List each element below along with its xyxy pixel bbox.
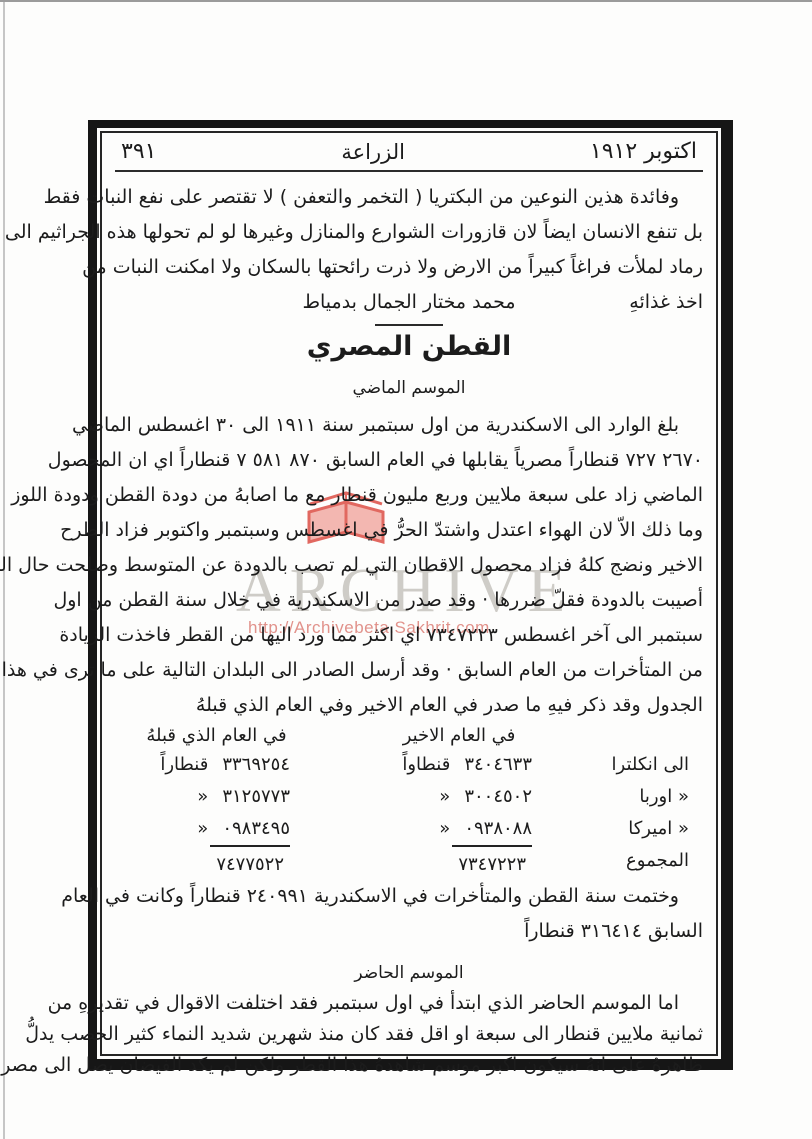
page-border-frame: اكتوبر ١٩١٢ الزراعة ٣٩١ وفائدة هذين النو… <box>88 120 733 1070</box>
total-label: المجموع <box>588 845 703 881</box>
cotton-exports-table: في العام الاخير في العام الذي قبلهُ الى … <box>115 723 703 877</box>
present-season-paragraph: اما الموسم الحاضر الذي ابتدأ في اول سبتم… <box>115 988 703 1081</box>
intro-line: وفائدة هذين النوعين من البكتريا ( التخمر… <box>115 180 703 215</box>
header-section-title: الزراعة <box>341 138 405 166</box>
destination-label: « اوربا <box>588 781 703 813</box>
ditto-mark: « <box>197 813 208 845</box>
past-season-line: الاخير ونضج كلهُ فزاد محصول الاقطان التي… <box>115 548 703 583</box>
present-season-subtitle: الموسم الحاضر <box>115 962 703 984</box>
prev-year-value: ٠٩٨٣٤٩٥ « <box>103 813 330 845</box>
past-season-line: من المتأخرات من العام السابق · وقد أرسل … <box>115 653 703 688</box>
unit-label: قنطاراً <box>160 749 208 781</box>
last-year-value: ٣٤٠٤٦٣٣ قنطاواً <box>330 749 588 781</box>
past-season-subtitle: الموسم الماضي <box>115 377 703 399</box>
qantar-amount: ٣١٢٥٧٧٣ <box>222 781 290 813</box>
destination-label: « اميركا <box>588 813 703 845</box>
qantar-amount: ٠٩٣٨٠٨٨ <box>464 813 532 845</box>
table-row: « اوربا ٣٠٠٤٥٠٢ « ٣١٢٥٧٧٣ « <box>115 781 703 813</box>
qantar-amount: ٧٣٤٧٢٢٣ <box>452 845 532 881</box>
closing-line: السابق ٣١٦٤١٤ قنطاراً <box>115 914 703 949</box>
ditto-mark: « <box>439 781 450 813</box>
past-season-line: بلغ الوارد الى الاسكندرية من اول سبتمبر … <box>115 408 703 443</box>
prev-year-value: ٣١٢٥٧٧٣ « <box>103 781 330 813</box>
qantar-amount: ٣٠٠٤٥٠٢ <box>464 781 532 813</box>
past-season-line: سبتمبر الى آخر اغسطس ٧٣٤٧٢٢٣ اي اكثر مما… <box>115 618 703 653</box>
col-header-prev-year: في العام الذي قبلهُ <box>103 723 330 749</box>
qantar-amount: ٠٩٨٣٤٩٥ <box>222 813 290 845</box>
ditto-mark: « <box>439 813 450 845</box>
past-season-line: الجدول وقد ذكر فيهِ ما صدر في العام الاخ… <box>115 688 703 723</box>
table-row: الى انكلترا ٣٤٠٤٦٣٣ قنطاواً ٣٣٦٩٢٥٤ قنطا… <box>115 749 703 781</box>
page-number: ٣٩١ <box>121 138 156 166</box>
total-last-year: ٧٣٤٧٢٢٣ <box>330 845 588 881</box>
present-season-line: ظاهرهُ على انهُ سيكون اكبر موسم شاهدهُ ه… <box>115 1050 703 1081</box>
past-season-line: الماضي زاد على سبعة ملايين وربع مليون قن… <box>115 478 703 513</box>
present-season-line: اما الموسم الحاضر الذي ابتدأ في اول سبتم… <box>115 988 703 1019</box>
col-header-last-year: في العام الاخير <box>330 723 588 749</box>
total-prev-year: ٧٤٧٧٥٢٢ <box>103 845 330 881</box>
season-closing-paragraph: وختمت سنة القطن والمتأخرات في الاسكندرية… <box>115 879 703 949</box>
qantar-amount: ٣٤٠٤٦٣٣ <box>464 749 532 781</box>
section-divider <box>375 324 443 326</box>
ditto-mark: « <box>197 781 208 813</box>
qantar-amount: ٧٤٧٧٥٢٢ <box>210 845 290 881</box>
article-title: القطن المصري <box>115 330 703 364</box>
intro-last-line: اخذ غذائهِ محمد مختار الجمال بدمياط <box>115 285 703 320</box>
last-year-value: ٣٠٠٤٥٠٢ « <box>330 781 588 813</box>
intro-line: بل تنفع الانسان ايضاً لان قازورات الشوار… <box>115 215 703 250</box>
prev-year-value: ٣٣٦٩٢٥٤ قنطاراً <box>103 749 330 781</box>
scan-edge-top <box>0 0 812 2</box>
author-signature: محمد مختار الجمال بدمياط <box>115 285 703 320</box>
unit-label: قنطاواً <box>402 749 450 781</box>
present-season-line: ثمانية ملايين قنطار الى سبعة او اقل فقد … <box>115 1019 703 1050</box>
qantar-amount: ٣٣٦٩٢٥٤ <box>222 749 290 781</box>
intro-line: رماد لملأت فراغاً كبيراً من الارض ولا ذر… <box>115 250 703 285</box>
past-season-line: وما ذلك الاّ لان الهواء اعتدل واشتدّ الح… <box>115 513 703 548</box>
table-total-row: المجموع ٧٣٤٧٢٢٣ ٧٤٧٧٥٢٢ <box>115 845 703 877</box>
past-season-line: ٧٢٧ ٢٦٧٠ قنطاراً مصرياً يقابلها في العام… <box>115 443 703 478</box>
table-row: « اميركا ٠٩٣٨٠٨٨ « ٠٩٨٣٤٩٥ « <box>115 813 703 845</box>
table-header-spacer <box>588 723 703 749</box>
table-header-row: في العام الاخير في العام الذي قبلهُ <box>115 723 703 749</box>
header-issue-date: اكتوبر ١٩١٢ <box>590 138 697 166</box>
page-header: اكتوبر ١٩١٢ الزراعة ٣٩١ <box>115 133 703 172</box>
last-year-value: ٠٩٣٨٠٨٨ « <box>330 813 588 845</box>
destination-label: الى انكلترا <box>588 749 703 781</box>
closing-line: وختمت سنة القطن والمتأخرات في الاسكندرية… <box>115 879 703 914</box>
past-season-paragraph: بلغ الوارد الى الاسكندرية من اول سبتمبر … <box>115 408 703 723</box>
intro-paragraph: وفائدة هذين النوعين من البكتريا ( التخمر… <box>115 180 703 320</box>
scanned-magazine-page: ARCHIVE http://Archivebeta.Sakhrit.com ا… <box>0 0 812 1139</box>
past-season-line: أصيبت بالدودة فقلّ ضررها · وقد صدر من ال… <box>115 583 703 618</box>
page-content: اكتوبر ١٩١٢ الزراعة ٣٩١ وفائدة هذين النو… <box>100 131 718 1056</box>
